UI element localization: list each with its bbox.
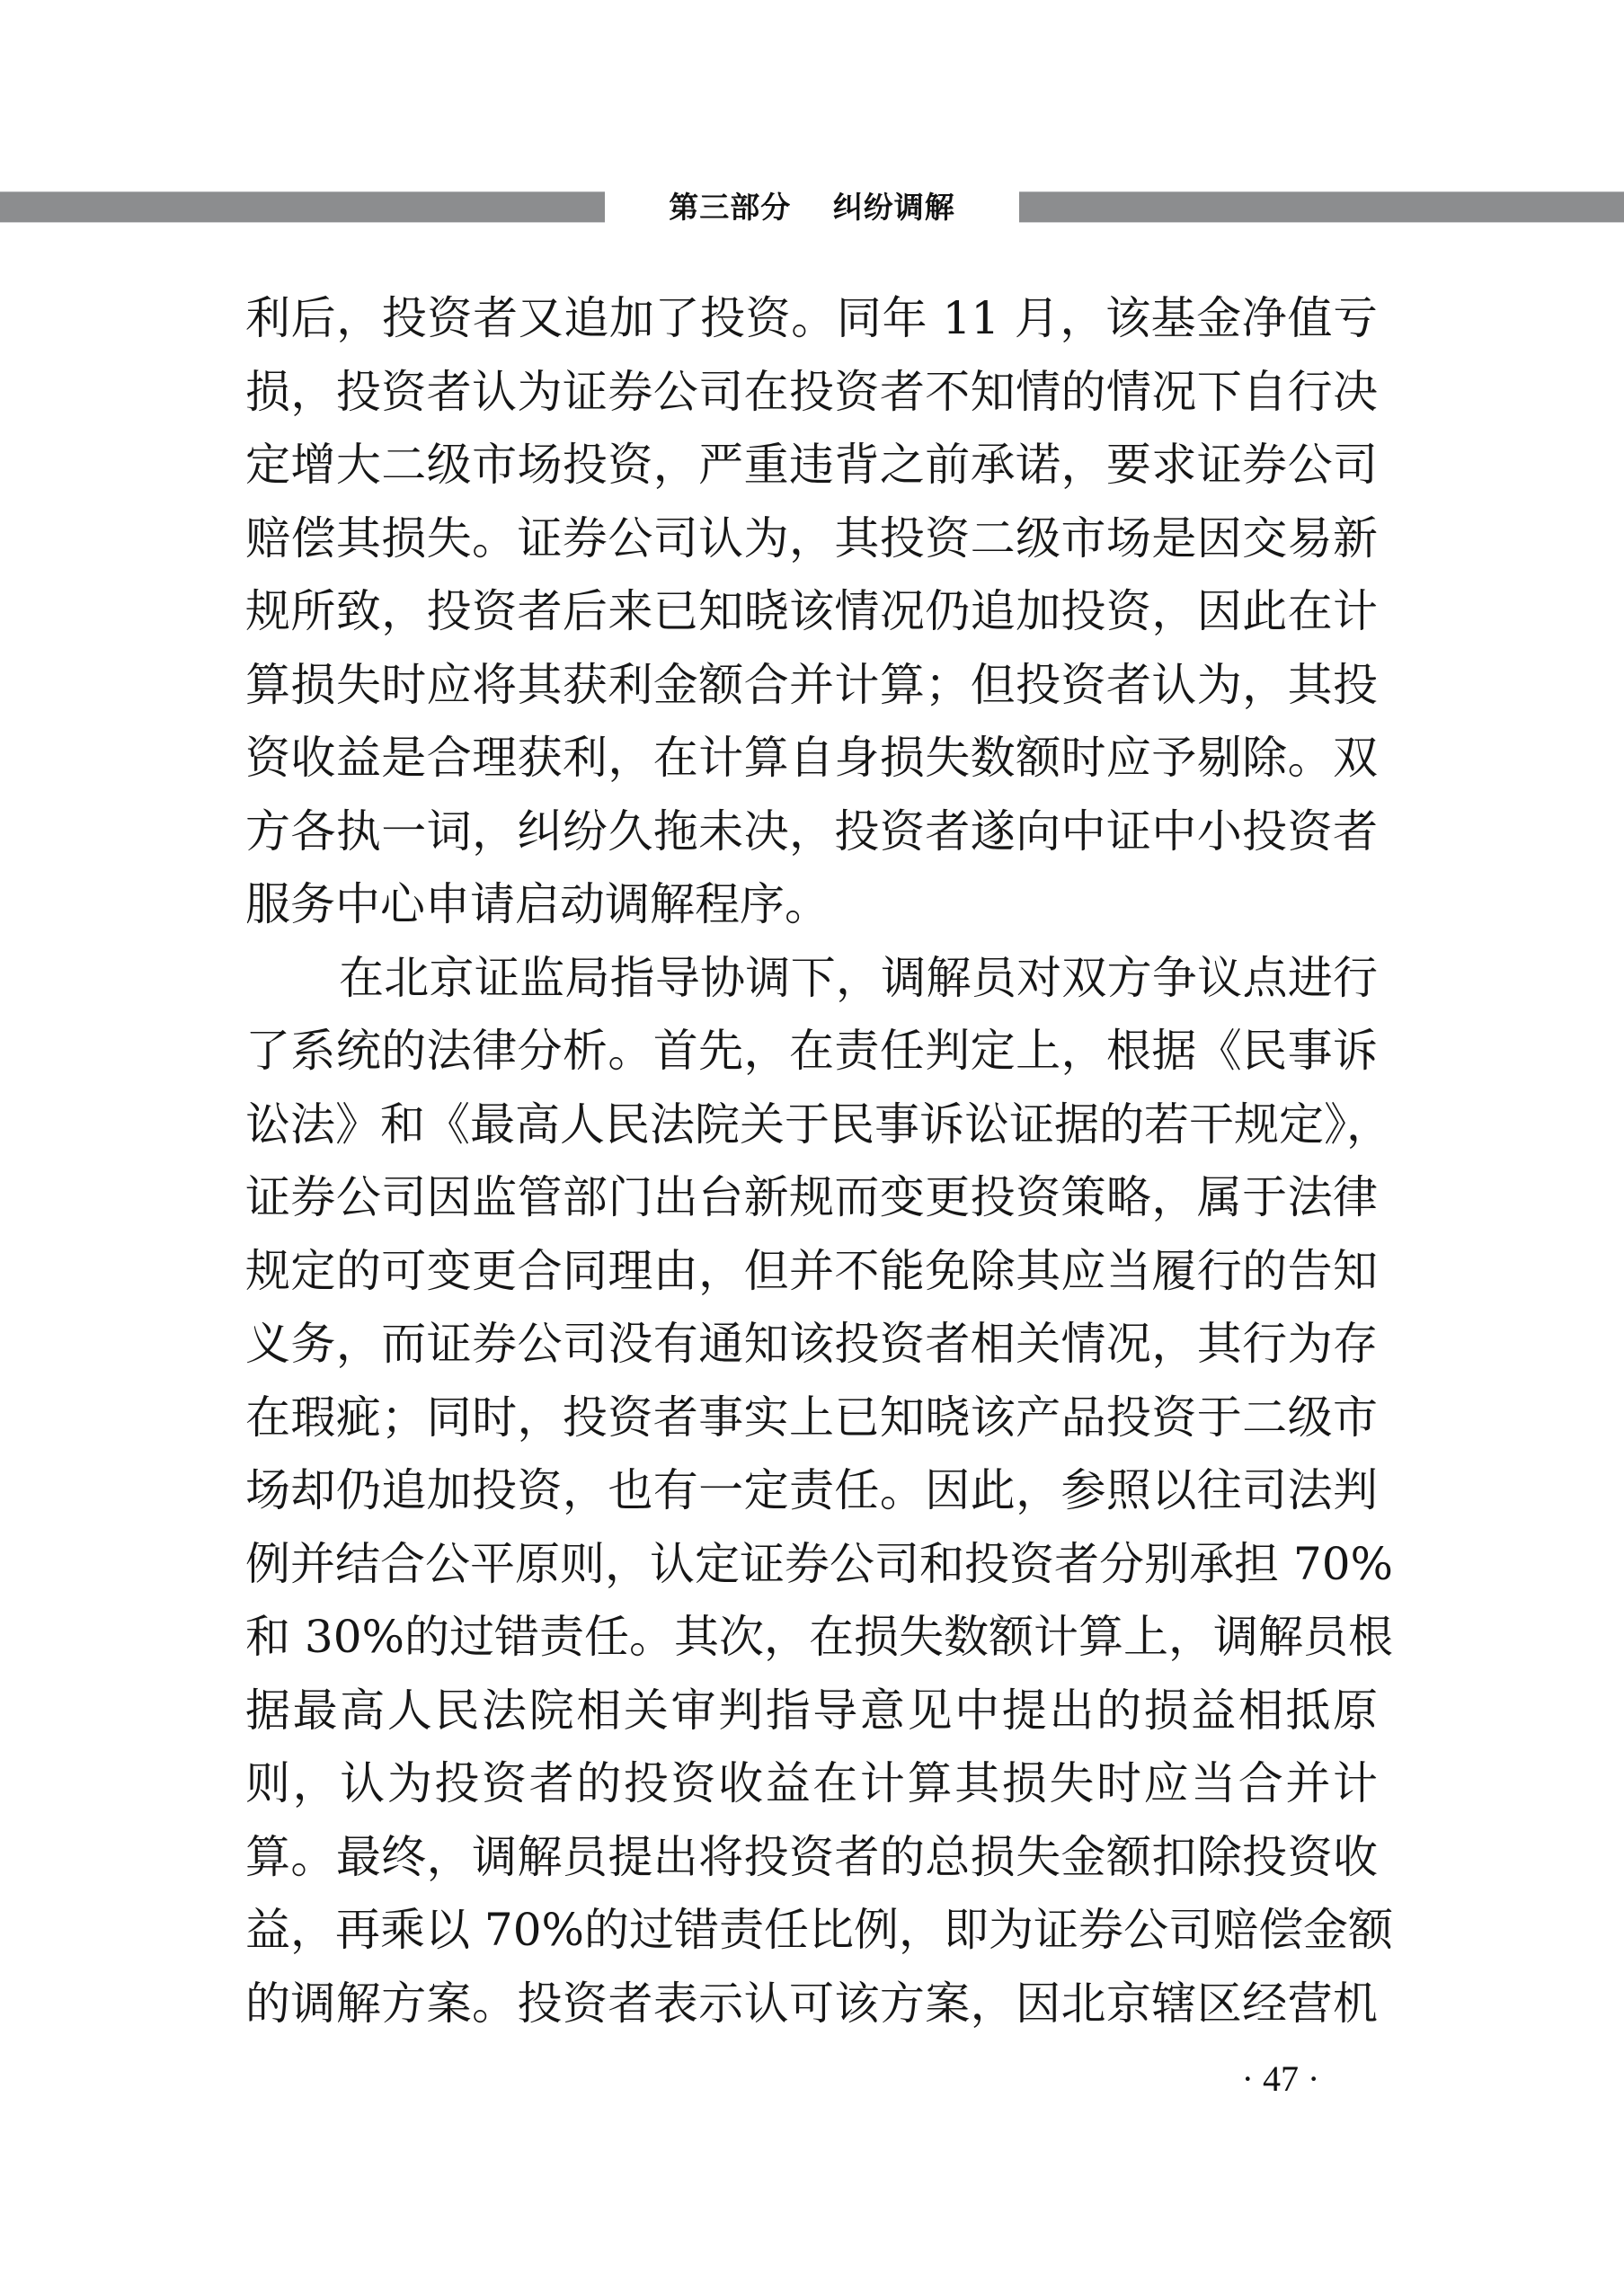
paragraph-1: 利后，投资者又追加了投资。同年 11 月，该基金净值亏 损，投资者认为证券公司在… bbox=[245, 282, 1378, 942]
text-line: 算损失时应将其获利金额合并计算；但投资者认为，其投 bbox=[245, 649, 1378, 723]
text-line: 和 30%的过错责任。其次，在损失数额计算上，调解员根 bbox=[245, 1601, 1378, 1675]
paragraph-2: 在北京证监局指导协调下，调解员对双方争议点进行 了系统的法律分析。首先，在责任判… bbox=[245, 942, 1378, 2041]
text-line: 规定的可变更合同理由，但并不能免除其应当履行的告知 bbox=[245, 1235, 1378, 1309]
text-line: 利后，投资者又追加了投资。同年 11 月，该基金净值亏 bbox=[245, 282, 1378, 356]
text-line: 的调解方案。投资者表示认可该方案，因北京辖区经营机 bbox=[245, 1968, 1378, 2041]
text-line: 益，再乘以 70%的过错责任比例，即为证券公司赔偿金额 bbox=[245, 1894, 1378, 1968]
running-header: 第三部分 纠纷调解 bbox=[0, 191, 1624, 224]
text-line: 算。最终，调解员提出将投资者的总损失金额扣除投资收 bbox=[245, 1821, 1378, 1895]
text-line: 方各执一词，纠纷久拖未决，投资者遂向中证中小投资者 bbox=[245, 795, 1378, 869]
text-line: 资收益是合理获利，在计算自身损失数额时应予剔除。双 bbox=[245, 722, 1378, 795]
page-number: · 47 · bbox=[1191, 2058, 1371, 2100]
text-line: 赔偿其损失。证券公司认为，其投资二级市场是因交易新 bbox=[245, 502, 1378, 576]
text-line: 讼法》和《最高人民法院关于民事诉讼证据的若干规定》， bbox=[245, 1089, 1378, 1162]
text-line: 在北京证监局指导协调下，调解员对双方争议点进行 bbox=[245, 942, 1378, 1016]
text-line: 义务，而证券公司没有通知该投资者相关情况，其行为存 bbox=[245, 1308, 1378, 1382]
text-line: 规所致，投资者后来已知晓该情况仍追加投资，因此在计 bbox=[245, 575, 1378, 649]
text-line: 例并结合公平原则，认定证券公司和投资者分别承担 70% bbox=[245, 1528, 1378, 1602]
text-line: 则，认为投资者的投资收益在计算其损失时应当合并计 bbox=[245, 1747, 1378, 1821]
text-line: 定增大二级市场投资，严重违背之前承诺，要求证券公司 bbox=[245, 429, 1378, 502]
header-bar-right bbox=[1019, 191, 1624, 223]
text-line: 服务中心申请启动调解程序。 bbox=[245, 868, 1378, 942]
text-line: 损，投资者认为证券公司在投资者不知情的情况下自行决 bbox=[245, 356, 1378, 430]
text-line: 场却仍追加投资，也有一定责任。因此，参照以往司法判 bbox=[245, 1454, 1378, 1528]
section-title: 第三部分 纠纷调解 bbox=[605, 190, 1019, 226]
text-line: 据最高人民法院相关审判指导意见中提出的损益相抵原 bbox=[245, 1675, 1378, 1748]
text-line: 了系统的法律分析。首先，在责任判定上，根据《民事诉 bbox=[245, 1015, 1378, 1089]
text-line: 证券公司因监管部门出台新规而变更投资策略，属于法律 bbox=[245, 1161, 1378, 1235]
header-bar-left bbox=[0, 191, 605, 223]
text-line: 在瑕疵；同时，投资者事实上已知晓该产品投资于二级市 bbox=[245, 1382, 1378, 1455]
body-text: 利后，投资者又追加了投资。同年 11 月，该基金净值亏 损，投资者认为证券公司在… bbox=[245, 282, 1378, 2040]
